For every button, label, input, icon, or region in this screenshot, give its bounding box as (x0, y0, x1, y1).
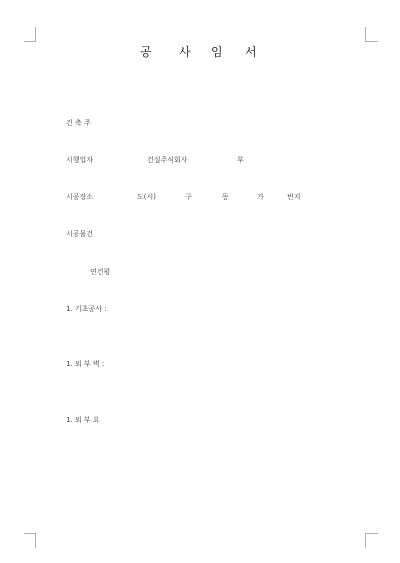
area-label: 연건평 (90, 267, 110, 277)
crop-mark-bottom-left (24, 533, 36, 548)
document-page: 공 사 임 서 건 축 주 시행업자 건설주식회사 부 시공장소 도(시) 구 … (0, 0, 400, 563)
item-exterior: 1. 외 부 요 (66, 415, 100, 425)
item-exterior-wall: 1. 외 부 벽 : (66, 359, 104, 369)
title-char: 임 (211, 44, 223, 60)
site-lot: 번지 (287, 192, 301, 202)
crop-mark-top-left (24, 27, 36, 42)
title-char: 공 (140, 44, 152, 60)
contractor-label: 시행업자 (66, 155, 93, 165)
contractor-company: 건설주식회사 (147, 155, 188, 165)
item-foundation: 1. 기초공사 : (66, 304, 107, 314)
owner-label: 건 축 주 (66, 118, 91, 128)
site-province: 도(시) (137, 192, 156, 202)
site-label: 시공장소 (66, 192, 93, 202)
title-char: 사 (179, 44, 191, 60)
crop-mark-bottom-right (365, 533, 378, 548)
document-title: 공 사 임 서 (0, 44, 400, 60)
title-char: 서 (245, 44, 257, 60)
site-ga: 가 (257, 192, 264, 202)
site-district: 구 (185, 192, 192, 202)
crop-mark-top-right (365, 27, 378, 42)
site-dong: 동 (222, 192, 229, 202)
work-label: 시공물건 (66, 229, 93, 239)
contractor-suffix: 부 (237, 155, 244, 165)
